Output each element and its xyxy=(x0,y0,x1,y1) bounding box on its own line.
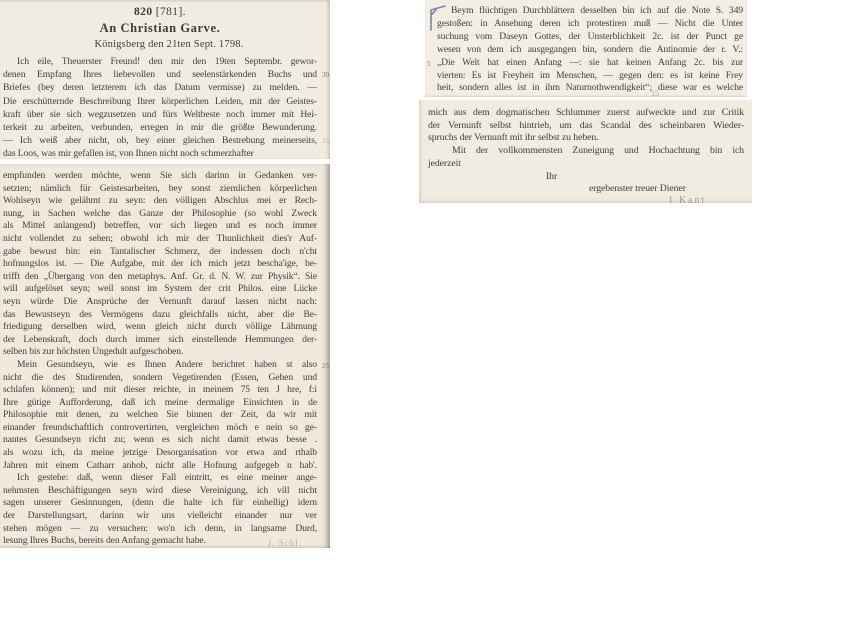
paragraph-lines-top: Ich eile, Theuerster Freund! den mir den… xyxy=(3,55,317,159)
text-line: Mit der vollkommensten Zuneigung und Hoc… xyxy=(428,145,744,158)
text-line: suchung vom Daseyn Gottes, der Unsterbli… xyxy=(437,31,743,44)
paragraph-lines-bottom: empfunden werden möchte, wenn Sie sich d… xyxy=(3,170,317,548)
margin-line-number: 5 xyxy=(427,58,431,71)
text-line: nehmsten Beschäftigungen seyn wird diese… xyxy=(3,485,317,498)
text-line: Ich gestehe: daß, wenn dieser Fall eintr… xyxy=(3,472,317,485)
margin-line-number: 35 xyxy=(322,135,329,148)
text-line: heit, sondern alles ist in ihm Naturnoth… xyxy=(437,82,743,95)
page-number: 820 xyxy=(134,6,152,18)
edition-number: [781]. xyxy=(156,6,186,18)
page-heading-numbers: 820 [781]. xyxy=(3,6,317,19)
text-line: „Die Welt hat einen Anfang —: sie hat ke… xyxy=(437,57,743,70)
text-line: als wozu ich, da meine jetzige Desorgani… xyxy=(3,447,317,460)
text-line: gabe bewust bin: ein Tantalischer Schmer… xyxy=(3,246,317,259)
text-line: nicht die des Studirenden, sondern Veget… xyxy=(3,372,317,385)
left-page-fragment-bottom: empfunden werden möchte, wenn Sie sich d… xyxy=(0,164,330,548)
text-line: der Vernunft selbst hintrieb, um das Sca… xyxy=(428,120,744,133)
scanned-letter-collage: { "colors": { "paper": "#f0ebe0", "ink":… xyxy=(0,0,860,620)
text-line: Mein Gesundseyn, wie es Ihnen Andere ber… xyxy=(3,359,317,372)
signature-ghost-text: I Kant xyxy=(669,195,706,203)
text-line: stehen mögen — zu versuchen: wo'n ich de… xyxy=(3,523,317,536)
text-line: das Bewustseyn des Vermögens dazu gleich… xyxy=(3,309,317,322)
text-line: selben bis zur höchsten Ungedult aufgesc… xyxy=(3,346,317,359)
text-line: denen Empfang Ihres liebevollen und seel… xyxy=(3,68,317,81)
text-line: vierten: Es ist Freyheit im Menschen, — … xyxy=(437,70,743,83)
text-line: der Lebenskraft, doch durch immer sich e… xyxy=(3,334,317,347)
text-line: Jahren mit einem Catharr anhob, nicht al… xyxy=(3,460,317,473)
closing-lines: mich aus dem dogmatischen Schlummer zuer… xyxy=(428,107,744,196)
text-line: nicht vollendet zu sehen; obwohl ich mir… xyxy=(3,233,317,246)
text-line: einander freundschaftlich controvertirte… xyxy=(3,422,317,435)
text-line: hofnungslos ist. — Die Aufgabe, mit der … xyxy=(3,258,317,271)
text-line: seyn würde Die Ansprüche der Vernunft da… xyxy=(3,296,317,309)
text-line: Ihre gütige Aufforderung, daß ich meine … xyxy=(3,397,317,410)
text-line: friedigung derselben wird, wenn gleich n… xyxy=(3,321,317,334)
text-line: kraft über sie sich wegzusetzen und fürs… xyxy=(3,108,317,121)
text-line: mich aus dem dogmatischen Schlummer zuer… xyxy=(428,107,744,120)
text-line: setzten; nämlich für Geistesarbeiten, be… xyxy=(3,183,317,196)
text-line: sagen unserer Gesinnungen, (denn die hal… xyxy=(3,497,317,510)
text-line: Ich eile, Theuerster Freund! den mir den… xyxy=(3,55,317,68)
text-line: terkeit zu arbeiten, verbunden, erregen … xyxy=(3,121,317,134)
text-line: Wohlseyn wie gelähmt zu seyn: den völlig… xyxy=(3,195,317,208)
text-line: das Loos, was mir gefallen ist, von Ihne… xyxy=(3,147,317,159)
text-line: als Mittel anlangend) betreffen, vor sic… xyxy=(3,220,317,233)
text-line: Die erschütternde Beschreibung Ihrer kör… xyxy=(3,95,317,108)
margin-line-number: 30 xyxy=(322,69,329,82)
text-line: gestoßen: in Ansehung deren ich protesti… xyxy=(437,18,743,31)
text-line: Philosophie mit denen, zu welchen Sie bi… xyxy=(3,409,317,422)
text-line: — Ich weiß aber nicht, ob, bey einer gle… xyxy=(3,134,317,147)
text-line: jederzeit xyxy=(428,158,744,171)
letter-dateline: Königsberg den 21ten Sept. 1798. xyxy=(3,38,317,52)
text-line: schlafen können); und mit dieser reichte… xyxy=(3,384,317,397)
text-line: trifft den „Übergang von den metaphys. A… xyxy=(3,271,317,284)
right-page-fragment-bottom: mich aus dem dogmatischen Schlummer zuer… xyxy=(419,100,752,203)
text-line: nantes Gesundseyn richt zu; wenn es sich… xyxy=(3,434,317,447)
text-line: Ihr xyxy=(428,171,744,184)
right-page-fragment-top: Beym flüchtigen Durchblättern desselben … xyxy=(425,0,747,97)
text-line: ergebenster treuer Diener xyxy=(428,183,744,196)
note-lines: Beym flüchtigen Durchblättern desselben … xyxy=(437,5,743,95)
text-line: Briefes (bey deren letzterem ich das Dat… xyxy=(3,81,317,94)
text-line: lesung Ihres Buchs, bereits den Anfang g… xyxy=(3,535,317,548)
text-line: nung, in Sachen welche das Ganze der Phi… xyxy=(3,208,317,221)
text-line: empfunden werden möchte, wenn Sie sich d… xyxy=(3,170,317,183)
left-page-fragment-top: 820 [781]. An Christian Garve. Königsber… xyxy=(0,0,330,159)
letter-title: An Christian Garve. xyxy=(3,21,317,36)
text-line: spruchs der Vernunft mit ihr selbst zu h… xyxy=(428,132,744,145)
text-line: Beym flüchtigen Durchblättern desselben … xyxy=(437,5,743,18)
text-line: der Darstellungsart, darinn wir uns viel… xyxy=(3,510,317,523)
text-line: wesen von dem ich ausgegangen bin, sonde… xyxy=(437,44,743,57)
text-line: will aufgelöset seyn; weil sonst im Syst… xyxy=(3,283,317,296)
